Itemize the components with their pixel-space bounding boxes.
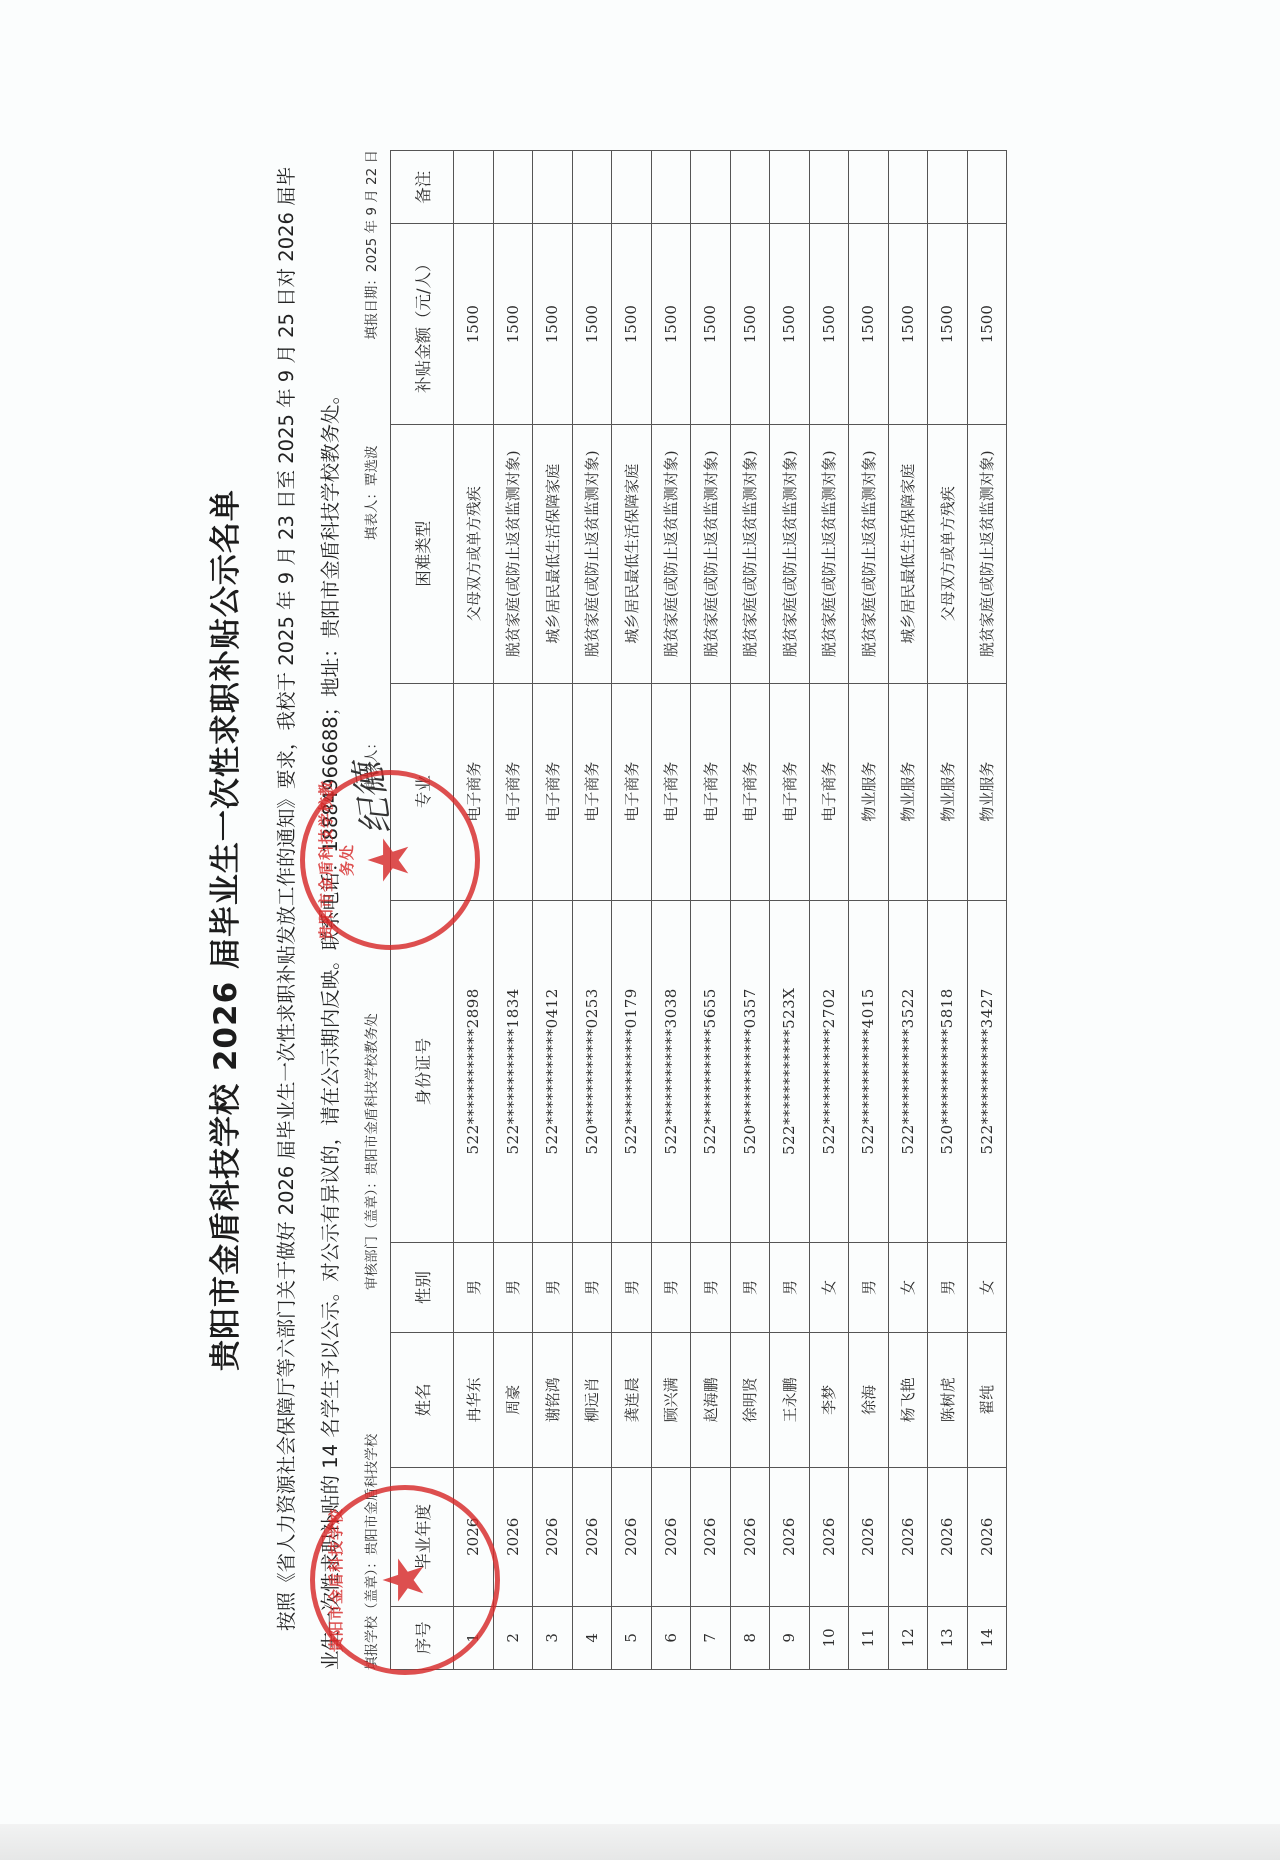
cell-major: 电子商务 [651,683,691,900]
table-body: 12026冉华东男522************2898电子商务父母双方或单方残… [454,151,1007,1670]
cell-gender: 女 [809,1243,849,1333]
cell-gender: 男 [572,1243,612,1333]
cell-gender: 男 [691,1243,731,1333]
cell-remark [967,151,1007,225]
cell-id-number: 520************5818 [928,900,968,1243]
cell-subsidy-amount: 1500 [651,224,691,424]
header-no: 序号 [391,1606,454,1669]
cell-name: 杨飞艳 [888,1332,928,1467]
table-row: 62026顾兴满男522************3038电子商务脱贫家庭(或防止… [651,151,691,1670]
report-date: 填报日期：2025 年 9 月 22 日 [360,150,380,340]
cell-hardship-type: 脱贫家庭(或防止返贫监测对象) [967,424,1007,683]
cell-name: 翟纯 [967,1332,1007,1467]
table-row: 102026李梦女522************2702电子商务脱贫家庭(或防止… [809,151,849,1670]
cell-year: 2026 [533,1467,573,1606]
cell-year: 2026 [572,1467,612,1606]
cell-year: 2026 [809,1467,849,1606]
cell-remark [888,151,928,225]
cell-hardship-type: 城乡居民最低生活保障家庭 [612,424,652,683]
cell-id-number: 522************0179 [612,900,652,1243]
cell-gender: 男 [493,1243,533,1333]
cell-no: 4 [572,1606,612,1669]
cell-no: 7 [691,1606,731,1669]
cell-subsidy-amount: 1500 [612,224,652,424]
cell-major: 电子商务 [770,683,810,900]
header-gender: 性别 [391,1243,454,1333]
cell-hardship-type: 脱贫家庭(或防止返贫监测对象) [849,424,889,683]
cell-no: 2 [493,1606,533,1669]
cell-id-number: 520************0253 [572,900,612,1243]
table-row: 12026冉华东男522************2898电子商务父母双方或单方残… [454,151,494,1670]
cell-id-number: 520************0357 [730,900,770,1243]
cell-major: 物业服务 [967,683,1007,900]
cell-year: 2026 [730,1467,770,1606]
cell-year: 2026 [849,1467,889,1606]
cell-gender: 男 [730,1243,770,1333]
cell-remark [849,151,889,225]
cell-name: 柳远肖 [572,1332,612,1467]
cell-year: 2026 [770,1467,810,1606]
cell-subsidy-amount: 1500 [967,224,1007,424]
table-row: 112026徐海男522************4015物业服务脱贫家庭(或防止… [849,151,889,1670]
cell-year: 2026 [928,1467,968,1606]
form-filler: 填表人：覃选波 [360,446,380,541]
cell-gender: 男 [849,1243,889,1333]
cell-remark [493,151,533,225]
cell-major: 物业服务 [888,683,928,900]
header-name: 姓名 [391,1332,454,1467]
header-major: 专业 [391,683,454,900]
document-title: 贵阳市金盾科技学校 2026 届毕业生一次性求职补贴公示名单 [200,70,245,1790]
table-row: 82026徐明贤男520************0357电子商务脱贫家庭(或防止… [730,151,770,1670]
header-id-number: 身份证号 [391,900,454,1243]
cell-hardship-type: 脱贫家庭(或防止返贫监测对象) [493,424,533,683]
cell-name: 顾兴满 [651,1332,691,1467]
cell-year: 2026 [612,1467,652,1606]
cell-no: 10 [809,1606,849,1669]
cell-gender: 女 [967,1243,1007,1333]
table-row: 122026杨飞艳女522************3522物业服务城乡居民最低生… [888,151,928,1670]
cell-hardship-type: 脱贫家庭(或防止返贫监测对象) [770,424,810,683]
cell-year: 2026 [967,1467,1007,1606]
table-row: 42026柳远肖男520************0253电子商务脱贫家庭(或防止… [572,151,612,1670]
cell-year: 2026 [888,1467,928,1606]
table-row: 32026谢铭鸿男522************0412电子商务城乡居民最低生活… [533,151,573,1670]
cell-no: 5 [612,1606,652,1669]
cell-id-number: 522************0412 [533,900,573,1243]
cell-remark [730,151,770,225]
cell-gender: 男 [454,1243,494,1333]
intro-paragraph: 按照《省人力资源社会保障厅等六部门关于做好 2026 届毕业生一次性求职补贴发放… [265,150,353,1670]
scan-bottom-edge [0,1824,1280,1860]
cell-hardship-type: 脱贫家庭(或防止返贫监测对象) [572,424,612,683]
table-header-row: 序号 毕业年度 姓名 性别 身份证号 专业 困难类型 补贴金额（元/人） 备注 [391,151,454,1670]
cell-remark [533,151,573,225]
cell-year: 2026 [493,1467,533,1606]
cell-no: 14 [967,1606,1007,1669]
cell-id-number: 522************3427 [967,900,1007,1243]
table-row: 92026王永鹏男522************523X电子商务脱贫家庭(或防止… [770,151,810,1670]
cell-major: 物业服务 [928,683,968,900]
header-hardship-type: 困难类型 [391,424,454,683]
cell-subsidy-amount: 1500 [493,224,533,424]
cell-hardship-type: 城乡居民最低生活保障家庭 [533,424,573,683]
cell-id-number: 522************3038 [651,900,691,1243]
table-row: 142026翟纯女522************3427物业服务脱贫家庭(或防止… [967,151,1007,1670]
cell-hardship-type: 脱贫家庭(或防止返贫监测对象) [651,424,691,683]
cell-remark [809,151,849,225]
cell-no: 11 [849,1606,889,1669]
cell-name: 王永鹏 [770,1332,810,1467]
cell-hardship-type: 父母双方或单方残疾 [928,424,968,683]
cell-subsidy-amount: 1500 [849,224,889,424]
scanned-document-sheet: 贵阳市金盾科技学校 2026 届毕业生一次性求职补贴公示名单 按照《省人力资源社… [50,70,1230,1790]
cell-subsidy-amount: 1500 [691,224,731,424]
cell-year: 2026 [651,1467,691,1606]
cell-remark [572,151,612,225]
cell-name: 陈树虎 [928,1332,968,1467]
cell-hardship-type: 父母双方或单方残疾 [454,424,494,683]
cell-gender: 男 [928,1243,968,1333]
cell-name: 谢铭鸿 [533,1332,573,1467]
cell-major: 电子商务 [691,683,731,900]
cell-remark [651,151,691,225]
cell-id-number: 522************2702 [809,900,849,1243]
cell-year: 2026 [454,1467,494,1606]
cell-hardship-type: 脱贫家庭(或防止返贫监测对象) [691,424,731,683]
table-row: 22026周豪男522************1834电子商务脱贫家庭(或防止返… [493,151,533,1670]
header-subsidy-amount: 补贴金额（元/人） [391,224,454,424]
cell-hardship-type: 脱贫家庭(或防止返贫监测对象) [730,424,770,683]
cell-id-number: 522************5655 [691,900,731,1243]
cell-no: 3 [533,1606,573,1669]
cell-no: 12 [888,1606,928,1669]
cell-subsidy-amount: 1500 [928,224,968,424]
cell-gender: 男 [612,1243,652,1333]
cell-major: 物业服务 [849,683,889,900]
cell-subsidy-amount: 1500 [533,224,573,424]
cell-major: 电子商务 [809,683,849,900]
cell-name: 徐明贤 [730,1332,770,1467]
review-department: 审核部门（盖章）：贵阳市金盾科技学校教务处 [360,1013,380,1290]
cell-major: 电子商务 [533,683,573,900]
cell-remark [612,151,652,225]
form-meta-line: 填报学校（盖章）：贵阳市金盾科技学校 审核部门（盖章）：贵阳市金盾科技学校教务处… [360,150,384,1670]
cell-name: 冉华东 [454,1332,494,1467]
cell-major: 电子商务 [612,683,652,900]
cell-year: 2026 [691,1467,731,1606]
cell-subsidy-amount: 1500 [888,224,928,424]
cell-remark [928,151,968,225]
header-year: 毕业年度 [391,1467,454,1606]
cell-no: 8 [730,1606,770,1669]
cell-subsidy-amount: 1500 [454,224,494,424]
cell-subsidy-amount: 1500 [572,224,612,424]
cell-id-number: 522************3522 [888,900,928,1243]
cell-no: 1 [454,1606,494,1669]
cell-no: 6 [651,1606,691,1669]
cell-no: 13 [928,1606,968,1669]
cell-no: 9 [770,1606,810,1669]
cell-remark [454,151,494,225]
header-remark: 备注 [391,151,454,225]
cell-hardship-type: 脱贫家庭(或防止返贫监测对象) [809,424,849,683]
cell-id-number: 522************1834 [493,900,533,1243]
cell-major: 电子商务 [454,683,494,900]
cell-gender: 男 [533,1243,573,1333]
cell-gender: 女 [888,1243,928,1333]
cell-hardship-type: 城乡居民最低生活保障家庭 [888,424,928,683]
table-row: 132026陈树虎男520************5818物业服务父母双方或单方… [928,151,968,1670]
cell-name: 徐海 [849,1332,889,1467]
cell-major: 电子商务 [493,683,533,900]
cell-name: 赵海鹏 [691,1332,731,1467]
cell-gender: 男 [770,1243,810,1333]
cell-subsidy-amount: 1500 [730,224,770,424]
cell-remark [770,151,810,225]
cell-name: 李梦 [809,1332,849,1467]
table-row: 52026龚连晨男522************0179电子商务城乡居民最低生活… [612,151,652,1670]
table-row: 72026赵海鹏男522************5655电子商务脱贫家庭(或防止… [691,151,731,1670]
reporting-school: 填报学校（盖章）：贵阳市金盾科技学校 [360,1434,380,1670]
cell-name: 龚连晨 [612,1332,652,1467]
cell-id-number: 522************4015 [849,900,889,1243]
cell-major: 电子商务 [572,683,612,900]
cell-subsidy-amount: 1500 [809,224,849,424]
cell-gender: 男 [651,1243,691,1333]
cell-remark [691,151,731,225]
cell-major: 电子商务 [730,683,770,900]
cell-subsidy-amount: 1500 [770,224,810,424]
subsidy-roster-table: 序号 毕业年度 姓名 性别 身份证号 专业 困难类型 补贴金额（元/人） 备注 … [390,150,1007,1670]
cell-name: 周豪 [493,1332,533,1467]
cell-id-number: 522************523X [770,900,810,1243]
cell-id-number: 522************2898 [454,900,494,1243]
